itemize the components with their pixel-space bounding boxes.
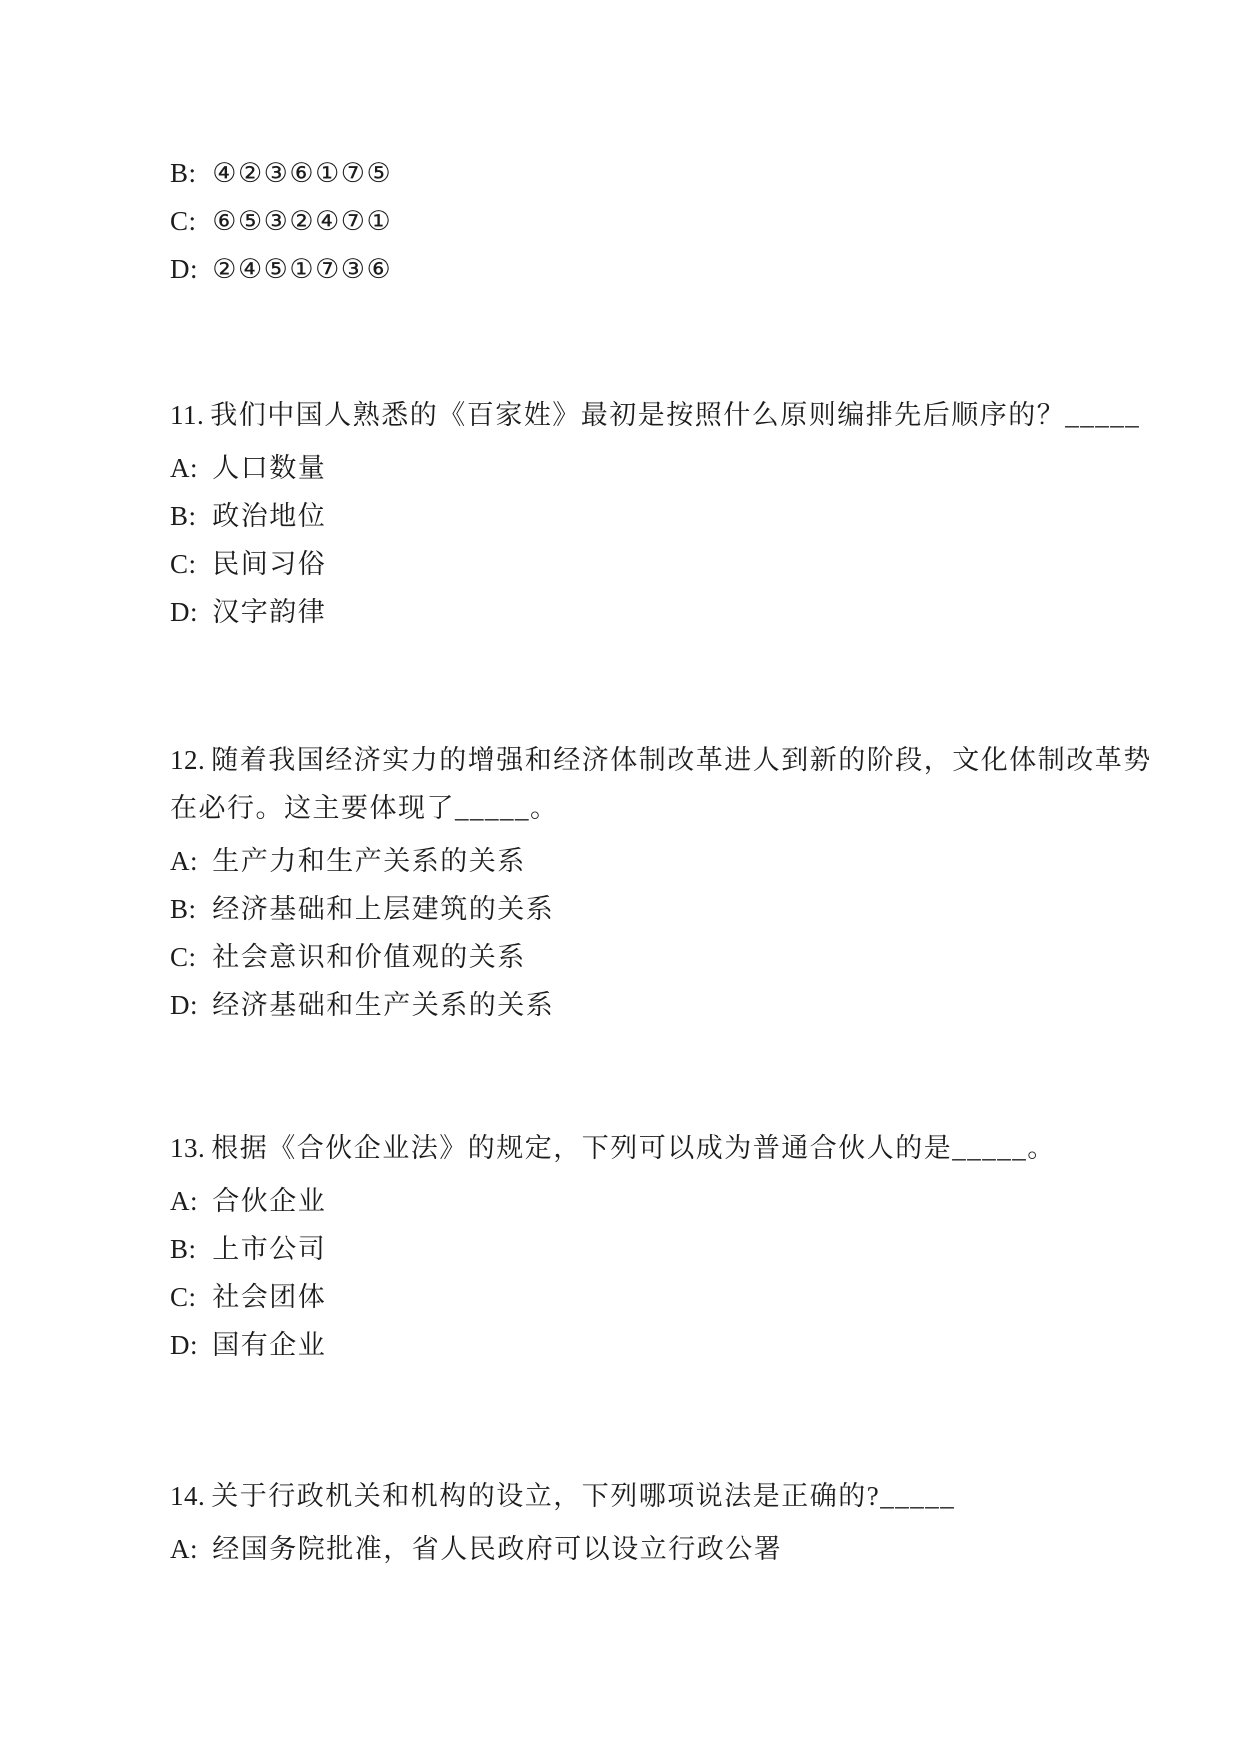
option-label: A: [170, 837, 204, 885]
question-13: 13.根据《合伙企业法》的规定，下列可以成为普通合伙人的是_____。 A: 合… [170, 1124, 1100, 1369]
option-d: D: 国有企业 [170, 1321, 1100, 1369]
option-c: C: 民间习俗 [170, 540, 1100, 588]
option-b: B: 经济基础和上层建筑的关系 [170, 885, 1100, 933]
option-text: 生产力和生产关系的关系 [212, 846, 526, 876]
option-b: B: 上市公司 [170, 1225, 1100, 1273]
option-text: 上市公司 [212, 1234, 326, 1264]
option-label: D: [170, 245, 204, 293]
question-number: 11. [170, 400, 204, 430]
option-label: A: [170, 444, 204, 492]
option-text: 国有企业 [212, 1330, 326, 1360]
option-text: 经济基础和生产关系的关系 [212, 990, 554, 1020]
option-text: ②④⑤①⑦③⑥ [212, 254, 392, 284]
option-label: A: [170, 1525, 204, 1573]
option-text: 经国务院批准，省人民政府可以设立行政公署 [212, 1534, 782, 1564]
question-11: 11.我们中国人熟悉的《百家姓》最初是按照什么原则编排先后顺序的？_____ A… [170, 391, 1100, 636]
carryover-option-d: D: ②④⑤①⑦③⑥ [170, 245, 1100, 293]
option-text: 民间习俗 [212, 549, 326, 579]
carryover-option-c: C: ⑥⑤③②④⑦① [170, 197, 1100, 245]
document-content: B: ④②③⑥①⑦⑤ C: ⑥⑤③②④⑦① D: ②④⑤①⑦③⑥ 11.我们中国… [170, 0, 1100, 1573]
option-label: D: [170, 1321, 204, 1369]
question-line-continued: 在必行。这主要体现了_____。 [170, 784, 1100, 832]
question-options: A: 人口数量 B: 政治地位 C: 民间习俗 D: 汉字韵律 [170, 444, 1100, 636]
option-label: C: [170, 1273, 204, 1321]
option-text: 社会意识和价值观的关系 [212, 942, 526, 972]
question-number: 13. [170, 1133, 205, 1163]
question-text: 关于行政机关和机构的设立，下列哪项说法是正确的?_____ [211, 1481, 955, 1511]
option-a: A: 生产力和生产关系的关系 [170, 837, 1100, 885]
option-label: B: [170, 1225, 204, 1273]
option-c: C: 社会团体 [170, 1273, 1100, 1321]
option-label: A: [170, 1177, 204, 1225]
option-c: C: 社会意识和价值观的关系 [170, 933, 1100, 981]
option-b: B: 政治地位 [170, 492, 1100, 540]
option-text: 政治地位 [212, 501, 326, 531]
option-label: C: [170, 933, 204, 981]
question-line: 12.随着我国经济实力的增强和经济体制改革进人到新的阶段，文化体制改革势 [170, 736, 1100, 784]
option-label: D: [170, 588, 204, 636]
option-text: 汉字韵律 [212, 597, 326, 627]
question-12: 12.随着我国经济实力的增强和经济体制改革进人到新的阶段，文化体制改革势 在必行… [170, 736, 1100, 1029]
question-14: 14.关于行政机关和机构的设立，下列哪项说法是正确的?_____ A: 经国务院… [170, 1472, 1100, 1573]
option-label: C: [170, 197, 204, 245]
question-number: 14. [170, 1481, 205, 1511]
question-line: 14.关于行政机关和机构的设立，下列哪项说法是正确的?_____ [170, 1472, 1100, 1520]
option-label: B: [170, 149, 204, 197]
question-number: 12. [170, 745, 205, 775]
option-label: C: [170, 540, 204, 588]
question-text: 我们中国人熟悉的《百家姓》最初是按照什么原则编排先后顺序的？_____ [210, 400, 1140, 430]
option-text: 经济基础和上层建筑的关系 [212, 894, 554, 924]
exam-document-page: B: ④②③⑥①⑦⑤ C: ⑥⑤③②④⑦① D: ②④⑤①⑦③⑥ 11.我们中国… [0, 0, 1240, 1753]
option-text: ⑥⑤③②④⑦① [212, 206, 392, 236]
option-a: A: 经国务院批准，省人民政府可以设立行政公署 [170, 1525, 1100, 1573]
question-line: 13.根据《合伙企业法》的规定，下列可以成为普通合伙人的是_____。 [170, 1124, 1100, 1172]
question-text: 在必行。这主要体现了_____。 [170, 793, 559, 823]
option-text: 人口数量 [212, 453, 326, 483]
question-options: A: 生产力和生产关系的关系 B: 经济基础和上层建筑的关系 C: 社会意识和价… [170, 837, 1100, 1029]
question-text: 根据《合伙企业法》的规定，下列可以成为普通合伙人的是_____。 [211, 1133, 1056, 1163]
question-text: 随着我国经济实力的增强和经济体制改革进人到新的阶段，文化体制改革势 [211, 745, 1152, 775]
option-d: D: 经济基础和生产关系的关系 [170, 981, 1100, 1029]
option-label: B: [170, 885, 204, 933]
option-a: A: 合伙企业 [170, 1177, 1100, 1225]
question-line: 11.我们中国人熟悉的《百家姓》最初是按照什么原则编排先后顺序的？_____ [170, 391, 1100, 439]
carryover-option-b: B: ④②③⑥①⑦⑤ [170, 149, 1100, 197]
option-text: ④②③⑥①⑦⑤ [212, 158, 392, 188]
option-label: B: [170, 492, 204, 540]
option-text: 合伙企业 [212, 1186, 326, 1216]
question-options: A: 经国务院批准，省人民政府可以设立行政公署 [170, 1525, 1100, 1573]
carryover-options: B: ④②③⑥①⑦⑤ C: ⑥⑤③②④⑦① D: ②④⑤①⑦③⑥ [170, 149, 1100, 293]
option-label: D: [170, 981, 204, 1029]
question-options: A: 合伙企业 B: 上市公司 C: 社会团体 D: 国有企业 [170, 1177, 1100, 1369]
option-d: D: 汉字韵律 [170, 588, 1100, 636]
option-a: A: 人口数量 [170, 444, 1100, 492]
option-text: 社会团体 [212, 1282, 326, 1312]
